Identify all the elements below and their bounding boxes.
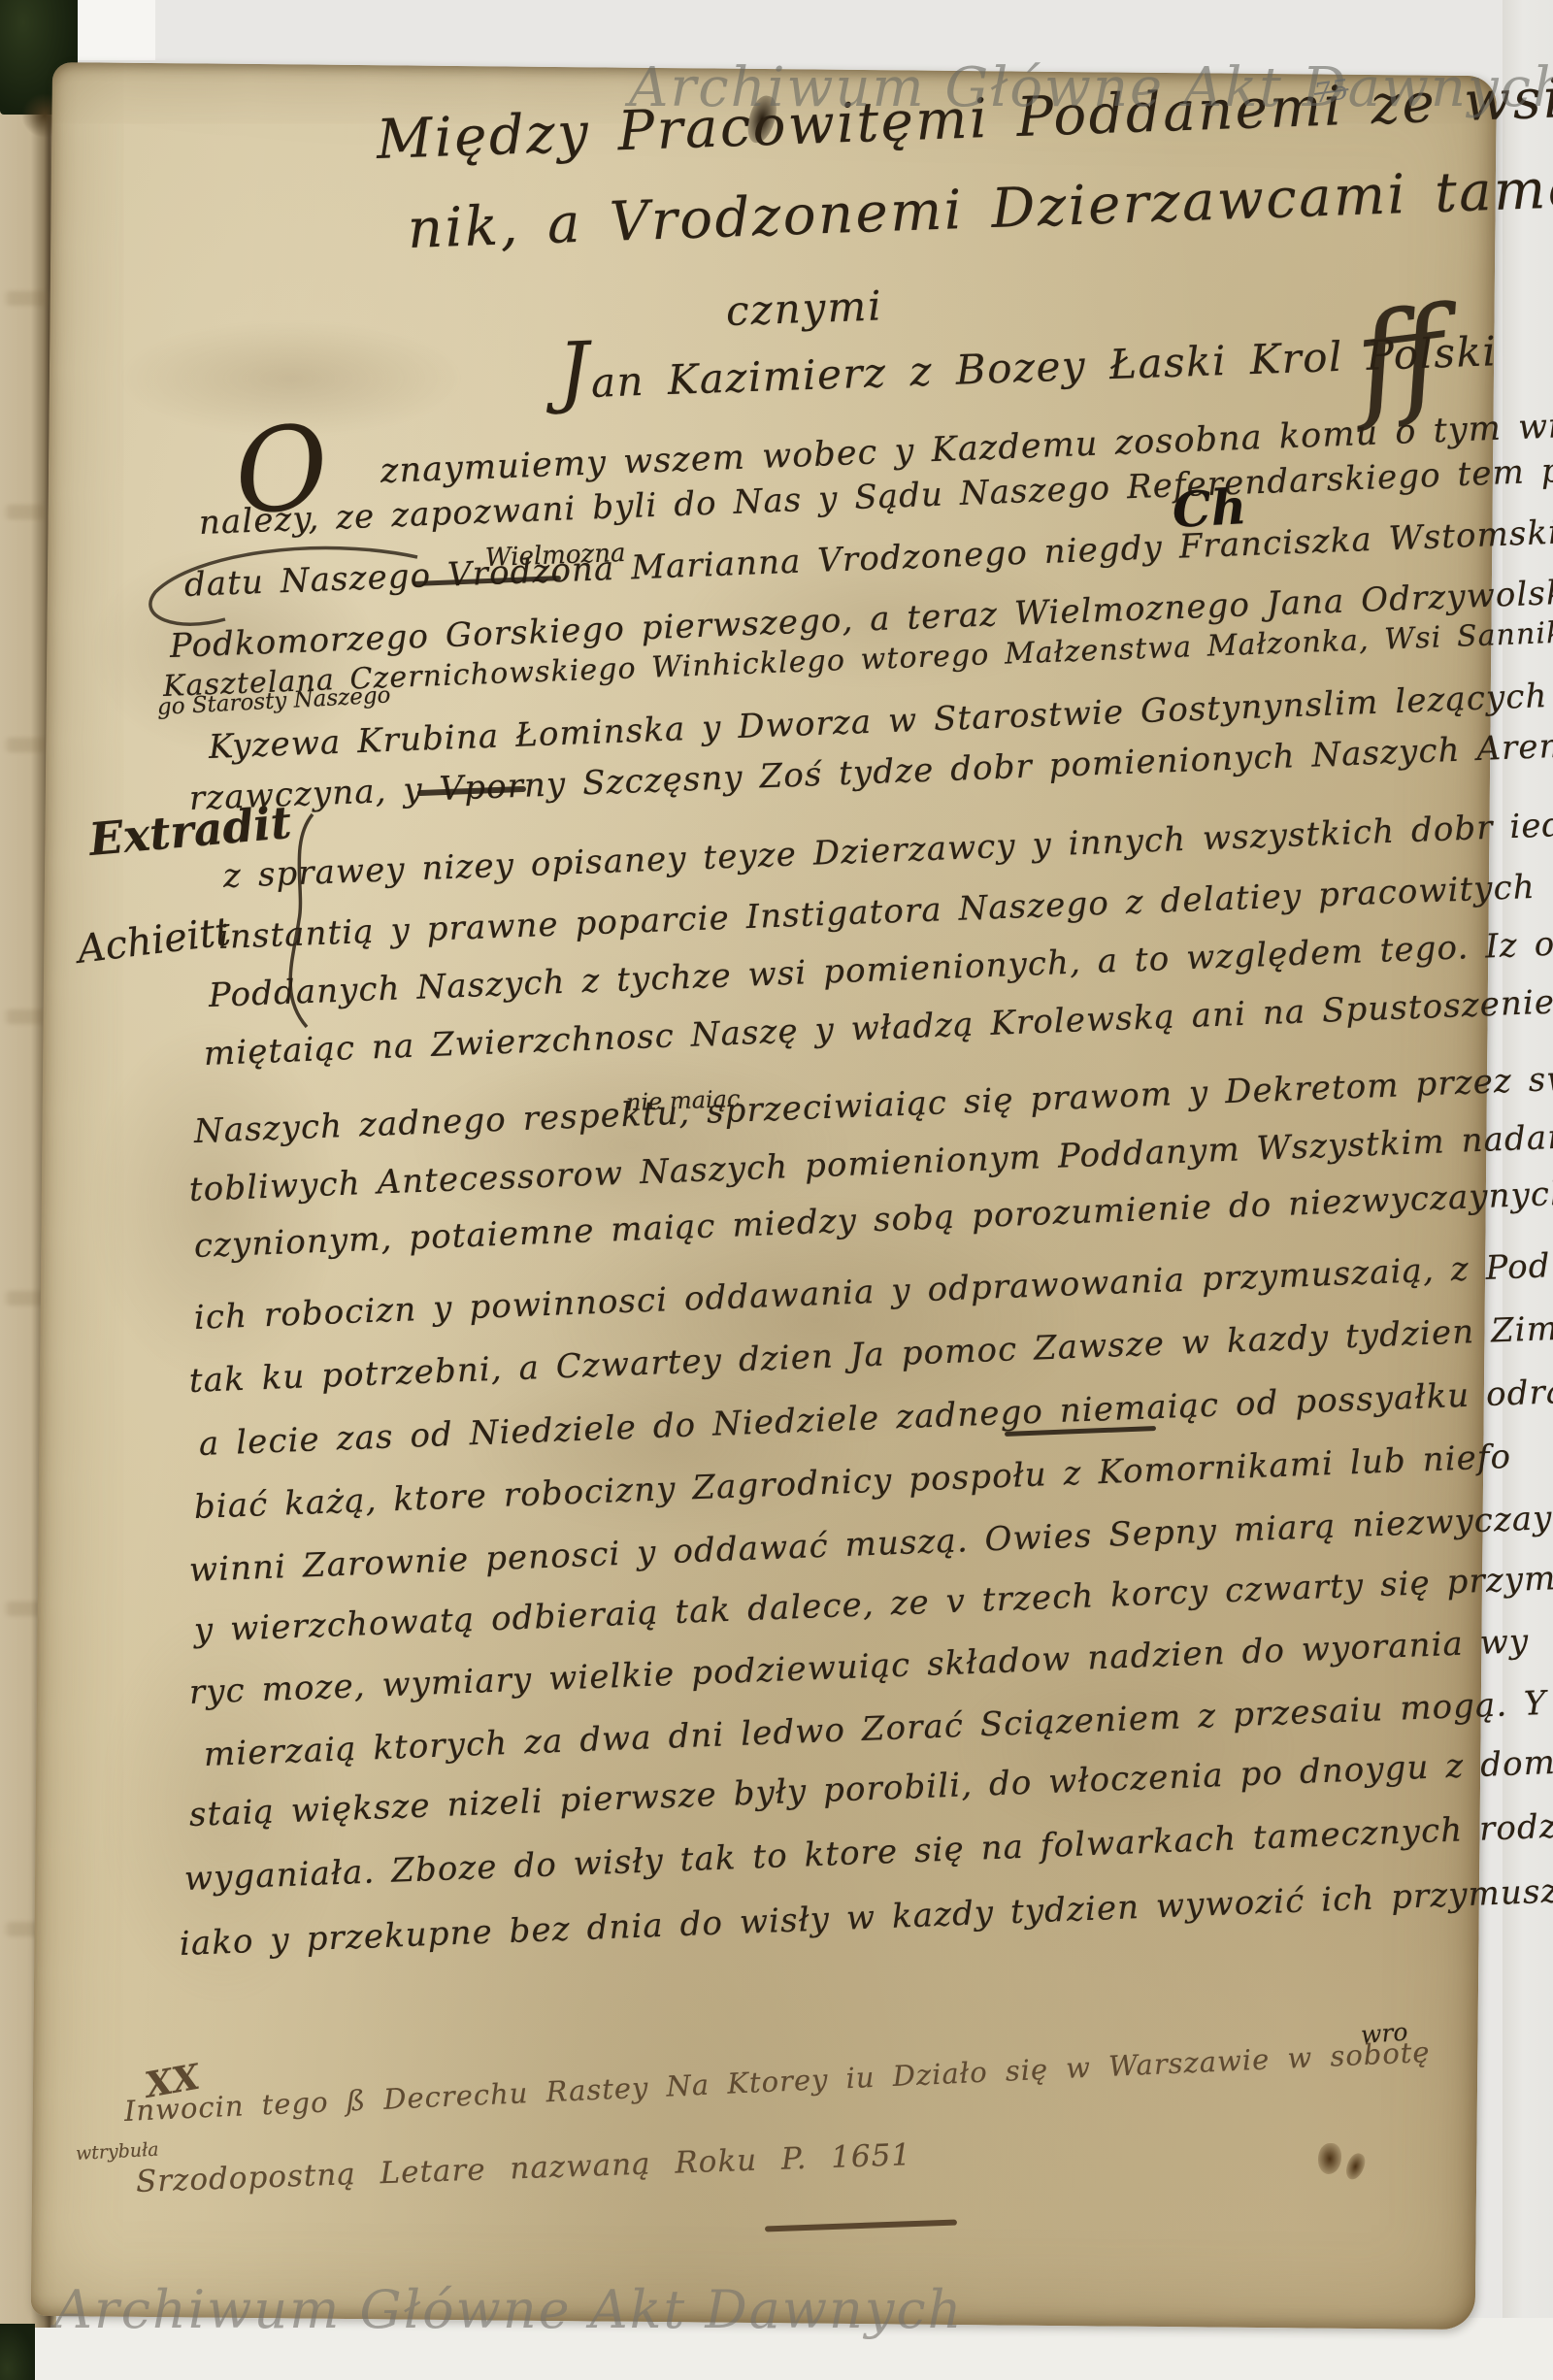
inserted-word: Wielmozna: [484, 539, 626, 573]
inserted-word: nie maiąc: [626, 1085, 741, 1116]
margin-brace: [274, 811, 332, 1030]
archive-watermark-top: Archiwum Główne Akt Dawnych: [629, 56, 1553, 119]
scanned-manuscript-view: 75 Między Pracowitęmi Poddanemi ze wsi S…: [0, 0, 1553, 2380]
overwritten-letters: Ch: [1171, 478, 1247, 539]
book-binding-corner-bottom: [0, 2324, 35, 2380]
dating-side-note: wtrybuła: [75, 2139, 159, 2165]
bleedthrough-line: [2, 505, 50, 519]
archive-watermark-bottom: Archiwum Główne Akt Dawnych: [54, 2279, 963, 2340]
bleedthrough-line: [2, 291, 52, 306]
scan-background-corner: [76, 0, 155, 60]
